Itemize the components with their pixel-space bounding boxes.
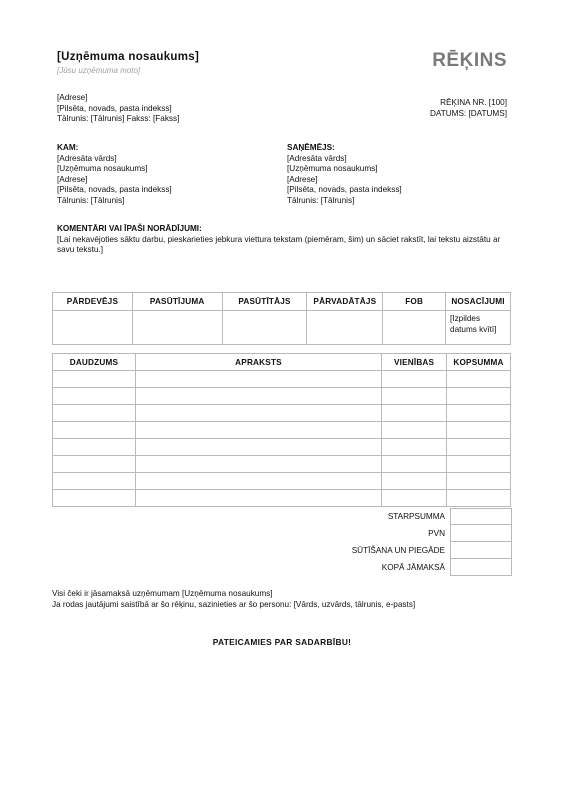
totals-value[interactable] [450, 508, 512, 525]
bill-to-line[interactable]: Tālrunis: [Tālrunis] [57, 196, 172, 207]
terms-cell[interactable]: [Izpildes datums kvītī] [446, 311, 511, 345]
col-header-description: APRAKSTS [135, 354, 381, 371]
units-cell[interactable] [382, 371, 447, 388]
customer-cell[interactable] [222, 311, 307, 345]
total-cell[interactable] [447, 490, 511, 507]
sender-street[interactable]: [Adrese] [57, 93, 179, 104]
invoice-date[interactable]: DATUMS: [DATUMS] [430, 109, 507, 120]
description-cell[interactable] [135, 456, 381, 473]
ship-to-line[interactable]: [Adresāta vārds] [287, 154, 402, 165]
table-row [53, 456, 511, 473]
units-cell[interactable] [382, 405, 447, 422]
description-cell[interactable] [135, 405, 381, 422]
description-cell[interactable] [135, 371, 381, 388]
order-info-table: PĀRDEVĒJS PASŪTĪJUMA PASŪTĪTĀJS PĀRVADĀT… [52, 292, 511, 345]
totals-value[interactable] [450, 559, 512, 576]
quantity-cell[interactable] [53, 473, 136, 490]
table-row [53, 439, 511, 456]
col-header-quantity: DAUDZUMS [53, 354, 136, 371]
carrier-cell[interactable] [307, 311, 383, 345]
bill-to-line[interactable]: [Uzņēmuma nosaukums] [57, 164, 172, 175]
totals-label: PVN [300, 529, 450, 538]
bill-to-label: KAM: [57, 143, 172, 154]
totals-value[interactable] [450, 525, 512, 542]
sender-address: [Adrese] [Pilsēta, novads, pasta indekss… [57, 93, 179, 125]
totals-value[interactable] [450, 542, 512, 559]
col-header-customer: PASŪTĪTĀJS [222, 293, 307, 311]
totals-block: STARPSUMMAPVNSŪTĪŠANA UN PIEGĀDEKOPĀ JĀM… [300, 508, 512, 576]
totals-row: KOPĀ JĀMAKSĀ [300, 559, 512, 576]
table-row [53, 422, 511, 439]
units-cell[interactable] [382, 456, 447, 473]
sender-city[interactable]: [Pilsēta, novads, pasta indekss] [57, 104, 179, 115]
quantity-cell[interactable] [53, 405, 136, 422]
bill-to-block: KAM: [Adresāta vārds] [Uzņēmuma nosaukum… [57, 143, 172, 207]
invoice-number[interactable]: RĒĶINA NR. [100] [430, 98, 507, 109]
totals-label: KOPĀ JĀMAKSĀ [300, 563, 450, 572]
bill-to-line[interactable]: [Adresāta vārds] [57, 154, 172, 165]
comments-block: KOMENTĀRI VAI ĪPAŠI NORĀDĪJUMI: [Lai nek… [57, 224, 507, 256]
total-cell[interactable] [447, 473, 511, 490]
sender-phone-fax[interactable]: Tālrunis: [Tālrunis] Fakss: [Fakss] [57, 114, 179, 125]
company-name[interactable]: [Uzņēmuma nosaukums] [57, 51, 199, 63]
description-cell[interactable] [135, 388, 381, 405]
ship-to-line[interactable]: Tālrunis: [Tālrunis] [287, 196, 402, 207]
invoice-meta: RĒĶINA NR. [100] DATUMS: [DATUMS] [430, 98, 507, 119]
items-table: DAUDZUMS APRAKSTS VIENĪBAS KOPSUMMA [52, 353, 511, 507]
quantity-cell[interactable] [53, 439, 136, 456]
ship-to-label: SAŅĒMĒJS: [287, 143, 402, 154]
thank-you-message: PATEICAMIES PAR SADARBĪBU! [0, 637, 564, 647]
quantity-cell[interactable] [53, 371, 136, 388]
totals-row: PVN [300, 525, 512, 542]
description-cell[interactable] [135, 422, 381, 439]
table-row [53, 405, 511, 422]
table-row [53, 490, 511, 507]
total-cell[interactable] [447, 422, 511, 439]
total-cell[interactable] [447, 405, 511, 422]
ship-to-block: SAŅĒMĒJS: [Adresāta vārds] [Uzņēmuma nos… [287, 143, 402, 207]
table-row [53, 388, 511, 405]
description-cell[interactable] [135, 439, 381, 456]
quantity-cell[interactable] [53, 388, 136, 405]
quantity-cell[interactable] [53, 456, 136, 473]
total-cell[interactable] [447, 371, 511, 388]
units-cell[interactable] [382, 388, 447, 405]
description-cell[interactable] [135, 490, 381, 507]
total-cell[interactable] [447, 456, 511, 473]
quantity-cell[interactable] [53, 490, 136, 507]
payable-note[interactable]: Visi čeki ir jāsamaksā uzņēmumam [Uzņēmu… [52, 589, 415, 600]
table-row: [Izpildes datums kvītī] [53, 311, 511, 345]
totals-row: SŪTĪŠANA UN PIEGĀDE [300, 542, 512, 559]
ship-to-line[interactable]: [Adrese] [287, 175, 402, 186]
ship-to-line[interactable]: [Uzņēmuma nosaukums] [287, 164, 402, 175]
totals-label: STARPSUMMA [300, 512, 450, 521]
company-motto[interactable]: [Jūsu uzņēmuma moto] [57, 66, 140, 75]
totals-row: STARPSUMMA [300, 508, 512, 525]
comments-label: KOMENTĀRI VAI ĪPAŠI NORĀDĪJUMI: [57, 224, 507, 235]
total-cell[interactable] [447, 388, 511, 405]
bill-to-line[interactable]: [Pilsēta, novads, pasta indekss] [57, 185, 172, 196]
table-row [53, 473, 511, 490]
seller-cell[interactable] [53, 311, 133, 345]
col-header-units: VIENĪBAS [382, 354, 447, 371]
footer-notes: Visi čeki ir jāsamaksā uzņēmumam [Uzņēmu… [52, 589, 415, 610]
col-header-carrier: PĀRVADĀTĀJS [307, 293, 383, 311]
col-header-fob: FOB [383, 293, 446, 311]
table-row [53, 371, 511, 388]
units-cell[interactable] [382, 490, 447, 507]
col-header-total: KOPSUMMA [447, 354, 511, 371]
col-header-seller: PĀRDEVĒJS [53, 293, 133, 311]
ship-to-line[interactable]: [Pilsēta, novads, pasta indekss] [287, 185, 402, 196]
col-header-order: PASŪTĪJUMA [132, 293, 222, 311]
invoice-title: RĒĶINS [432, 50, 507, 72]
comments-text[interactable]: [Lai nekavējoties sāktu darbu, pieskarie… [57, 235, 507, 256]
bill-to-line[interactable]: [Adrese] [57, 175, 172, 186]
quantity-cell[interactable] [53, 422, 136, 439]
units-cell[interactable] [382, 473, 447, 490]
units-cell[interactable] [382, 439, 447, 456]
description-cell[interactable] [135, 473, 381, 490]
total-cell[interactable] [447, 439, 511, 456]
col-header-terms: NOSACĪJUMI [446, 293, 511, 311]
order-cell[interactable] [132, 311, 222, 345]
contact-note[interactable]: Ja rodas jautājumi saistībā ar šo rēķinu… [52, 600, 415, 611]
totals-label: SŪTĪŠANA UN PIEGĀDE [300, 546, 450, 555]
units-cell[interactable] [382, 422, 447, 439]
fob-cell[interactable] [383, 311, 446, 345]
